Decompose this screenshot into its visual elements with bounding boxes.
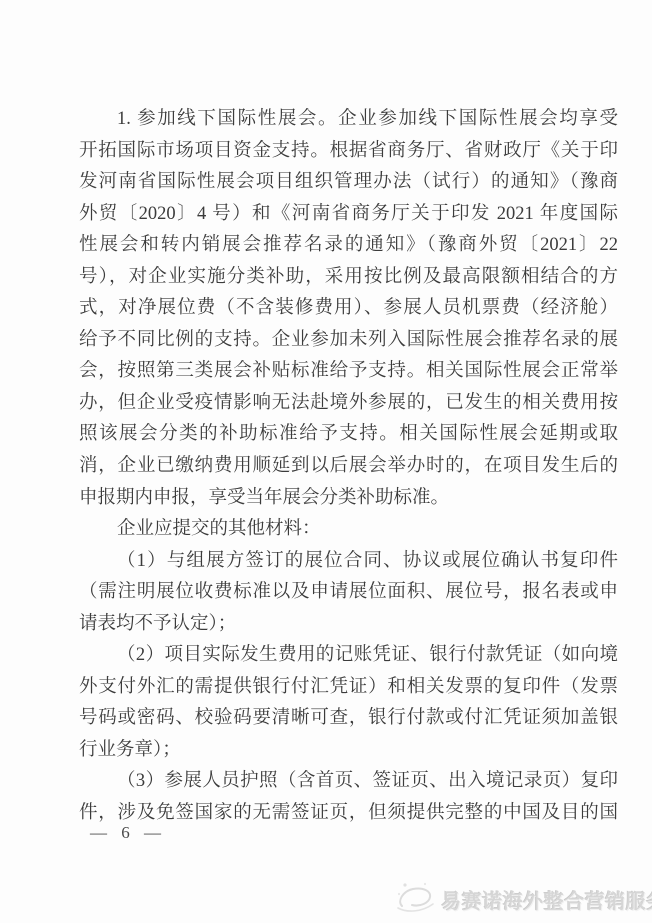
document-line: 消，企业已缴纳费用顺延到以后展会举办时的，在项目发生后的 [79,451,618,483]
document-body: 1. 参加线下国际性展会。企业参加线下国际性展会均享受开拓国际市场项目资金支持。… [79,104,618,830]
swirl-logo-icon [394,878,436,920]
watermark: 易赛诺海外整合营销服务商 [394,878,652,920]
document-line: 请表均不予认定）； [79,609,618,641]
document-line: 给予不同比例的支持。企业参加未列入国际性展会推荐名录的展 [79,325,618,357]
document-line: 发河南省国际性展会项目组织管理办法（试行）的通知》（豫商 [79,167,618,199]
document-line: （2）项目实际发生费用的记账凭证、银行付款凭证（如向境 [79,640,618,672]
document-line: 会，按照第三类展会补贴标准给予支持。相关国际性展会正常举 [79,356,618,388]
document-line: 式，对净展位费（不含装修费用）、参展人员机票费（经济舱） [79,293,618,325]
watermark-text: 易赛诺海外整合营销服务商 [441,885,652,914]
document-line: （3）参展人员护照（含首页、签证页、出入境记录页）复印 [79,766,618,798]
page-number: — 6 — [90,823,166,843]
document-line: 办，但企业受疫情影响无法赴境外参展的，已发生的相关费用按 [79,388,618,420]
document-lines: 1. 参加线下国际性展会。企业参加线下国际性展会均享受开拓国际市场项目资金支持。… [79,104,618,830]
document-line: 企业应提交的其他材料： [79,514,618,546]
document-line: 性展会和转内销展会推荐名录的通知》（豫商外贸〔2021〕22 [79,230,618,262]
document-line: 号码或密码、校验码要清晰可查，银行付款或付汇凭证须加盖银 [79,703,618,735]
document-line: （1）与组展方签订的展位合同、协议或展位确认书复印件 [79,546,618,578]
document-line: 1. 参加线下国际性展会。企业参加线下国际性展会均享受 [79,104,618,136]
document-page: 1. 参加线下国际性展会。企业参加线下国际性展会均享受开拓国际市场项目资金支持。… [0,0,652,923]
document-line: 申报期内申报，享受当年展会分类补助标准。 [79,483,618,515]
document-line: 外贸〔2020〕4 号）和《河南省商务厅关于印发 2021 年度国际 [79,199,618,231]
document-line: 行业务章）； [79,735,618,767]
document-line: 照该展会分类的补助标准给予支持。相关国际性展会延期或取 [79,419,618,451]
document-line: 开拓国际市场项目资金支持。根据省商务厅、省财政厅《关于印 [79,136,618,168]
document-line: （需注明展位收费标准以及申请展位面积、展位号，报名表或申 [79,577,618,609]
document-line: 外支付外汇的需提供银行付汇凭证）和相关发票的复印件（发票 [79,672,618,704]
document-line: 号），对企业实施分类补助，采用按比例及最高限额相结合的方 [79,262,618,294]
